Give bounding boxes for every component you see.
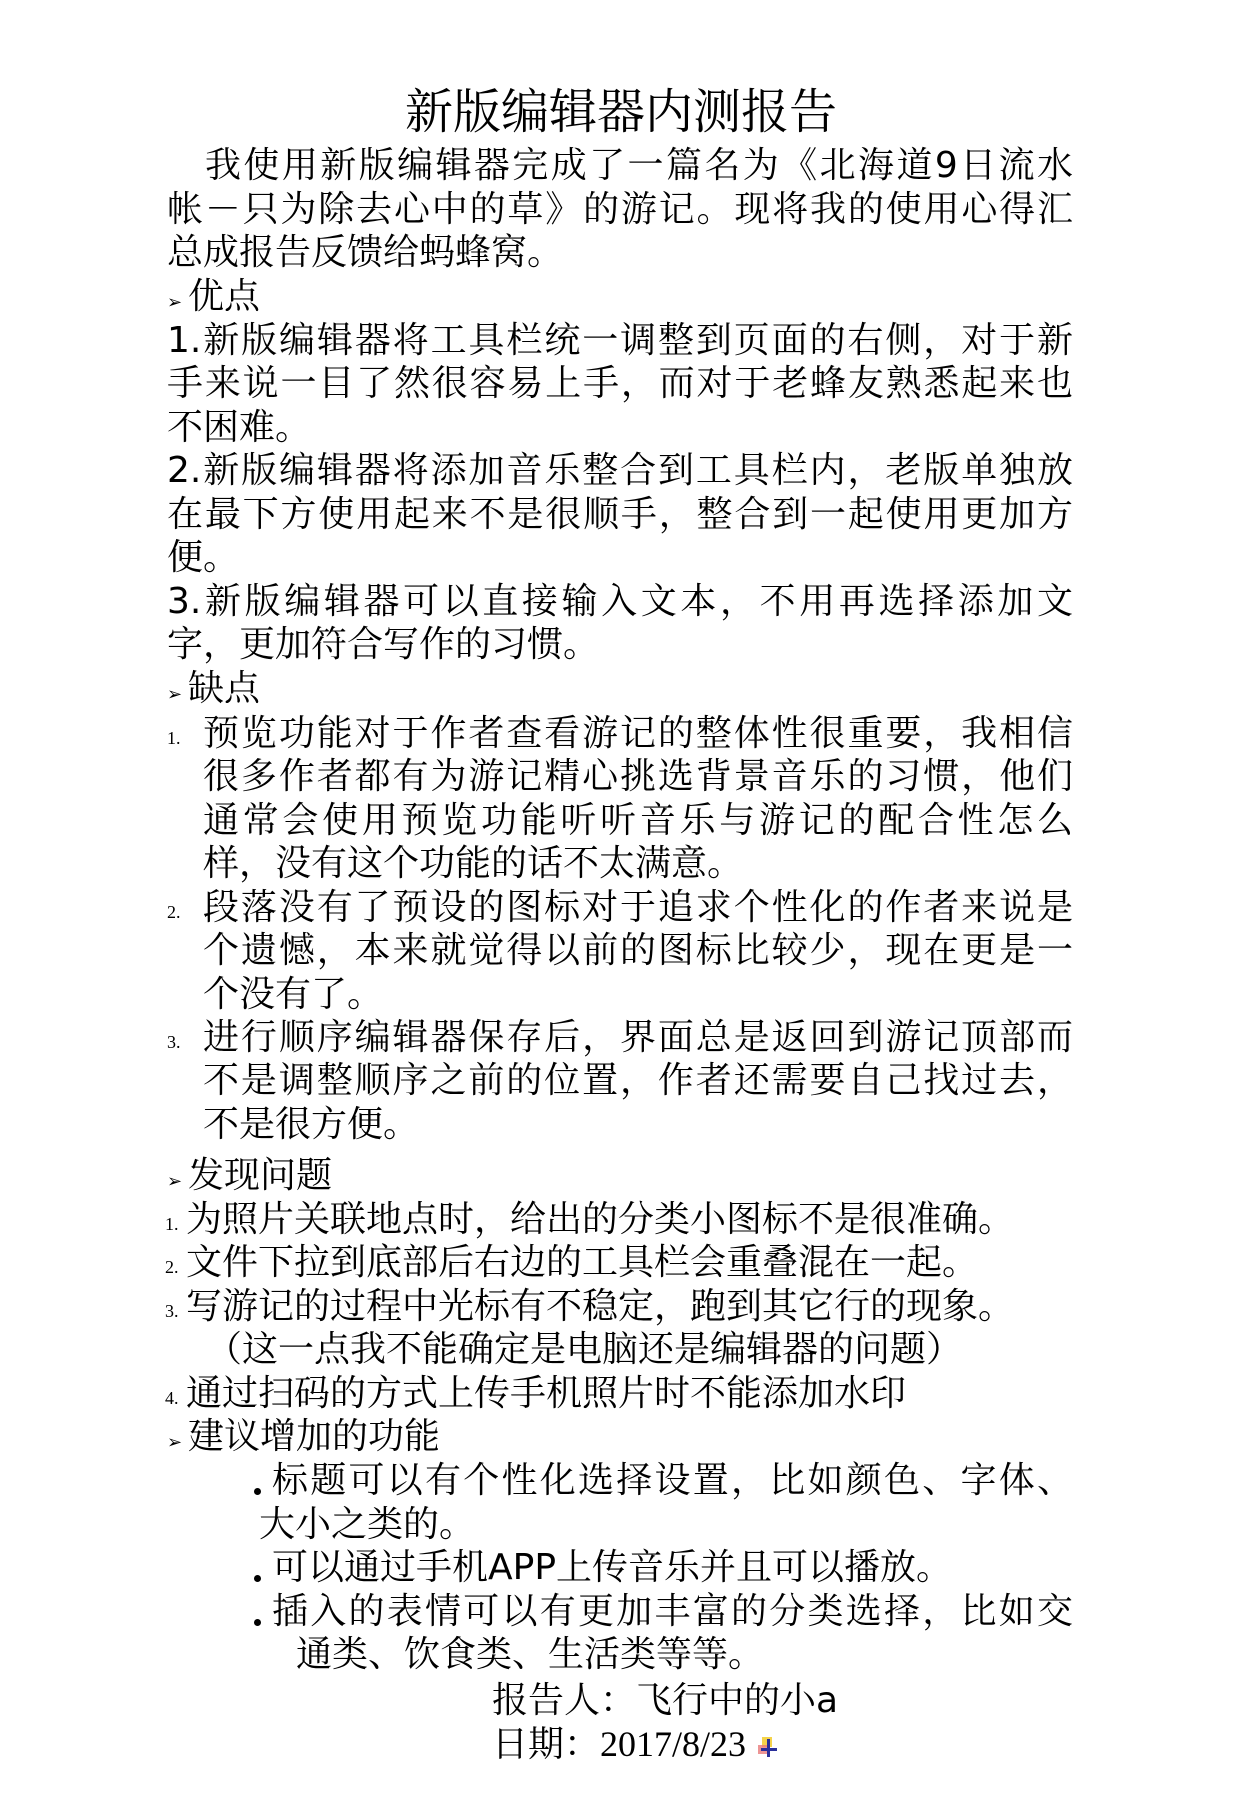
date-line: 日期：2017/8/23 <box>492 1722 746 1767</box>
bullet-dot-icon <box>254 1619 261 1626</box>
arrow-bullet-icon: ➢ <box>167 1160 182 1204</box>
pros-item-3-line-2: 字，更加符合写作的习惯。 <box>167 623 599 667</box>
cons-item-1-line-4: 样，没有这个功能的话不太满意。 <box>203 842 743 886</box>
cons-item-3-line-3: 不是很方便。 <box>203 1103 419 1147</box>
pros-item-1-line-1: 1.新版编辑器将工具栏统一调整到页面的右侧，对于新 <box>167 319 1073 363</box>
issues-item-1-marker: 1. <box>165 1202 179 1246</box>
section-heading-cons: 缺点 <box>188 667 260 711</box>
pros-item-2-line-1: 2.新版编辑器将添加音乐整合到工具栏内，老版单独放 <box>167 449 1073 493</box>
issues-item-4-marker: 4. <box>165 1376 179 1420</box>
cons-item-3-line-1: 进行顺序编辑器保存后，界面总是返回到游记顶部而 <box>203 1016 1073 1060</box>
cons-item-3-line-2: 不是调整顺序之前的位置，作者还需要自己找过去， <box>203 1059 1073 1103</box>
intro-line-2: 帐－只为除去心中的草》的游记。现将我的使用心得汇 <box>167 188 1073 232</box>
bullet-dot-icon <box>254 1575 261 1582</box>
cons-item-2-marker: 2. <box>167 890 181 934</box>
cons-item-1-line-2: 很多作者都有为游记精心挑选背景音乐的习惯，他们 <box>203 755 1073 799</box>
suggestion-item-1-line-1: 标题可以有个性化选择设置，比如颜色、字体、 <box>272 1459 1073 1503</box>
section-heading-suggestions: 建议增加的功能 <box>188 1415 440 1459</box>
issues-item-3-marker: 3. <box>165 1289 179 1333</box>
pros-item-1-line-3: 不困难。 <box>167 406 311 450</box>
cons-item-1-line-3: 通常会使用预览功能听听音乐与游记的配合性怎么 <box>203 799 1073 843</box>
cons-item-3-marker: 3. <box>167 1020 181 1064</box>
pros-item-3-line-1: 3.新版编辑器可以直接输入文本，不用再选择添加文 <box>167 580 1073 624</box>
pros-item-1-line-2: 手来说一目了然很容易上手，而对于老蜂友熟悉起来也 <box>167 362 1073 406</box>
intro-line-1: 我使用新版编辑器完成了一篇名为《北海道9日流水 <box>205 144 1073 188</box>
pros-item-2-line-2: 在最下方使用起来不是很顺手，整合到一起使用更加方 <box>167 493 1073 537</box>
section-heading-pros: 优点 <box>188 275 260 319</box>
issues-item-1-line-1: 为照片关联地点时，给出的分类小图标不是很准确。 <box>186 1198 1014 1242</box>
suggestion-item-2-line-1: 可以通过手机APP上传音乐并且可以播放。 <box>272 1546 952 1590</box>
reporter-line: 报告人：飞行中的小a <box>492 1679 838 1723</box>
arrow-bullet-icon: ➢ <box>167 1421 182 1465</box>
document-page: 新版编辑器内测报告 我使用新版编辑器完成了一篇名为《北海道9日流水 帐－只为除去… <box>0 0 1242 1813</box>
issues-item-4-line-1: 通过扫码的方式上传手机照片时不能添加水印 <box>186 1372 906 1416</box>
date-value: 2017/8/23 <box>600 1724 746 1764</box>
intro-line-3: 总成报告反馈给蚂蜂窝。 <box>167 231 563 275</box>
date-label: 日期： <box>492 1724 600 1765</box>
cons-item-2-line-3: 个没有了。 <box>203 973 383 1017</box>
issues-item-3-line-1: 写游记的过程中光标有不稳定，跑到其它行的现象。 <box>186 1285 1014 1329</box>
cons-item-2-line-2: 个遗憾，本来就觉得以前的图标比较少，现在更是一 <box>203 929 1073 973</box>
pros-item-2-line-3: 便。 <box>167 536 239 580</box>
section-heading-issues: 发现问题 <box>188 1154 332 1198</box>
cons-item-2-line-1: 段落没有了预设的图标对于追求个性化的作者来说是 <box>203 886 1073 930</box>
issues-item-2-marker: 2. <box>165 1245 179 1289</box>
cons-item-1-marker: 1. <box>167 716 181 760</box>
sticker-cursor-icon <box>758 1737 778 1757</box>
suggestion-item-3-line-2: 通类、饮食类、生活类等等。 <box>296 1633 764 1677</box>
suggestion-item-3-line-1: 插入的表情可以有更加丰富的分类选择，比如交 <box>272 1590 1073 1634</box>
suggestion-item-1-line-2: 大小之类的。 <box>259 1503 475 1547</box>
issues-item-3-line-2: （这一点我不能确定是电脑还是编辑器的问题） <box>206 1328 962 1372</box>
issues-item-2-line-1: 文件下拉到底部后右边的工具栏会重叠混在一起。 <box>186 1241 978 1285</box>
cons-item-1-line-1: 预览功能对于作者查看游记的整体性很重要，我相信 <box>203 712 1073 756</box>
arrow-bullet-icon: ➢ <box>167 673 182 717</box>
bullet-dot-icon <box>254 1488 261 1495</box>
page-title: 新版编辑器内测报告 <box>0 82 1242 142</box>
